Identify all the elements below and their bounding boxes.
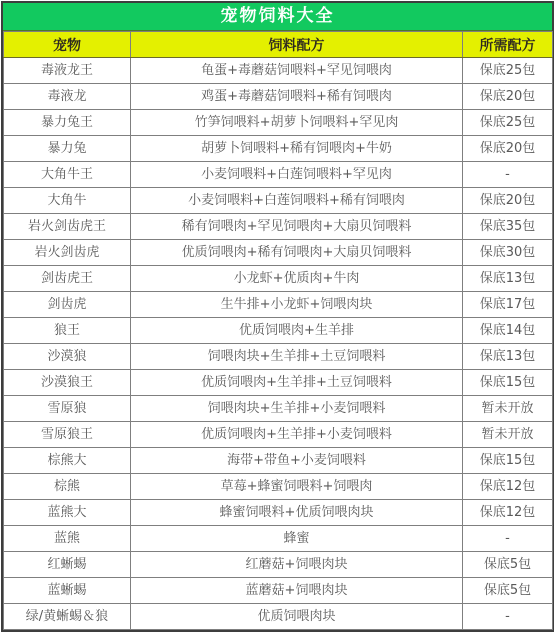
- recipe-cell: 胡萝卜饲喂料+稀有饲喂肉+牛奶: [131, 136, 463, 162]
- recipe-cell: 红蘑菇+饲喂肉块: [131, 552, 463, 578]
- table-row: 棕熊草莓+蜂蜜饲喂料+饲喂肉保底12包: [4, 474, 553, 500]
- pet-name-cell: 雪原狼王: [4, 422, 131, 448]
- pet-name-cell: 剑齿虎: [4, 292, 131, 318]
- required-cell: -: [463, 162, 553, 188]
- recipe-cell: 优质饲喂肉+稀有饲喂肉+大扇贝饲喂料: [131, 240, 463, 266]
- recipe-cell: 优质饲喂肉+生羊排+小麦饲喂料: [131, 422, 463, 448]
- pet-name-cell: 大角牛王: [4, 162, 131, 188]
- table-row: 红蜥蜴红蘑菇+饲喂肉块保底5包: [4, 552, 553, 578]
- table-row: 雪原狼王优质饲喂肉+生羊排+小麦饲喂料暂未开放: [4, 422, 553, 448]
- required-cell: 保底12包: [463, 500, 553, 526]
- table-title: 宠物饲料大全: [3, 3, 552, 31]
- recipe-cell: 龟蛋+毒蘑菇饲喂料+罕见饲喂肉: [131, 58, 463, 84]
- required-cell: 保底35包: [463, 214, 553, 240]
- recipe-cell: 生牛排+小龙虾+饲喂肉块: [131, 292, 463, 318]
- pet-name-cell: 蓝蜥蜴: [4, 578, 131, 604]
- recipe-cell: 小龙虾+优质肉+牛肉: [131, 266, 463, 292]
- pet-name-cell: 暴力兔: [4, 136, 131, 162]
- table-row: 剑齿虎生牛排+小龙虾+饲喂肉块保底17包: [4, 292, 553, 318]
- required-cell: 保底20包: [463, 84, 553, 110]
- required-cell: 保底15包: [463, 370, 553, 396]
- required-cell: 暂未开放: [463, 396, 553, 422]
- table-row: 狼王优质饲喂肉+生羊排保底14包: [4, 318, 553, 344]
- required-cell: 保底15包: [463, 448, 553, 474]
- recipe-cell: 蜂蜜饲喂料+优质饲喂肉块: [131, 500, 463, 526]
- header-row: 宠物 饲料配方 所需配方: [4, 32, 553, 58]
- table-row: 棕熊大海带+带鱼+小麦饲喂料保底15包: [4, 448, 553, 474]
- recipe-cell: 蓝蘑菇+饲喂肉块: [131, 578, 463, 604]
- table-row: 沙漠狼王优质饲喂肉+生羊排+土豆饲喂料保底15包: [4, 370, 553, 396]
- table-row: 毒液龙鸡蛋+毒蘑菇饲喂料+稀有饲喂肉保底20包: [4, 84, 553, 110]
- recipe-cell: 蜂蜜: [131, 526, 463, 552]
- recipe-cell: 草莓+蜂蜜饲喂料+饲喂肉: [131, 474, 463, 500]
- col-header-required: 所需配方: [463, 32, 553, 58]
- table-row: 暴力兔胡萝卜饲喂料+稀有饲喂肉+牛奶保底20包: [4, 136, 553, 162]
- table-row: 蓝熊大蜂蜜饲喂料+优质饲喂肉块保底12包: [4, 500, 553, 526]
- table-row: 绿/黄蜥蜴＆狼优质饲喂肉块-: [4, 604, 553, 630]
- recipe-cell: 优质饲喂肉块: [131, 604, 463, 630]
- feed-table: 宠物 饲料配方 所需配方 毒液龙王龟蛋+毒蘑菇饲喂料+罕见饲喂肉保底25包毒液龙…: [3, 31, 553, 630]
- recipe-cell: 稀有饲喂肉+罕见饲喂肉+大扇贝饲喂料: [131, 214, 463, 240]
- table-row: 剑齿虎王小龙虾+优质肉+牛肉保底13包: [4, 266, 553, 292]
- table-row: 大角牛王小麦饲喂料+白莲饲喂料+罕见肉-: [4, 162, 553, 188]
- pet-name-cell: 剑齿虎王: [4, 266, 131, 292]
- required-cell: 保底17包: [463, 292, 553, 318]
- required-cell: 保底5包: [463, 552, 553, 578]
- table-row: 蓝蜥蜴蓝蘑菇+饲喂肉块保底5包: [4, 578, 553, 604]
- required-cell: 保底20包: [463, 188, 553, 214]
- required-cell: 暂未开放: [463, 422, 553, 448]
- recipe-cell: 小麦饲喂料+白莲饲喂料+罕见肉: [131, 162, 463, 188]
- pet-name-cell: 沙漠狼王: [4, 370, 131, 396]
- pet-name-cell: 毒液龙: [4, 84, 131, 110]
- pet-name-cell: 蓝熊: [4, 526, 131, 552]
- table-row: 蓝熊蜂蜜-: [4, 526, 553, 552]
- pet-name-cell: 棕熊大: [4, 448, 131, 474]
- required-cell: 保底30包: [463, 240, 553, 266]
- recipe-cell: 海带+带鱼+小麦饲喂料: [131, 448, 463, 474]
- required-cell: 保底13包: [463, 266, 553, 292]
- table-body: 毒液龙王龟蛋+毒蘑菇饲喂料+罕见饲喂肉保底25包毒液龙鸡蛋+毒蘑菇饲喂料+稀有饲…: [4, 58, 553, 630]
- pet-name-cell: 蓝熊大: [4, 500, 131, 526]
- table-row: 暴力兔王竹笋饲喂料+胡萝卜饲喂料+罕见肉保底25包: [4, 110, 553, 136]
- recipe-cell: 优质饲喂肉+生羊排: [131, 318, 463, 344]
- required-cell: 保底25包: [463, 58, 553, 84]
- required-cell: 保底25包: [463, 110, 553, 136]
- pet-name-cell: 大角牛: [4, 188, 131, 214]
- required-cell: -: [463, 604, 553, 630]
- feed-table-card: 宠物饲料大全 宠物 饲料配方 所需配方 毒液龙王龟蛋+毒蘑菇饲喂料+罕见饲喂肉保…: [1, 1, 554, 632]
- pet-name-cell: 雪原狼: [4, 396, 131, 422]
- required-cell: -: [463, 526, 553, 552]
- recipe-cell: 鸡蛋+毒蘑菇饲喂料+稀有饲喂肉: [131, 84, 463, 110]
- required-cell: 保底12包: [463, 474, 553, 500]
- required-cell: 保底5包: [463, 578, 553, 604]
- pet-name-cell: 岩火剑齿虎王: [4, 214, 131, 240]
- col-header-recipe: 饲料配方: [131, 32, 463, 58]
- recipe-cell: 竹笋饲喂料+胡萝卜饲喂料+罕见肉: [131, 110, 463, 136]
- recipe-cell: 小麦饲喂料+白莲饲喂料+稀有饲喂肉: [131, 188, 463, 214]
- table-row: 岩火剑齿虎优质饲喂肉+稀有饲喂肉+大扇贝饲喂料保底30包: [4, 240, 553, 266]
- recipe-cell: 优质饲喂肉+生羊排+土豆饲喂料: [131, 370, 463, 396]
- required-cell: 保底20包: [463, 136, 553, 162]
- pet-name-cell: 暴力兔王: [4, 110, 131, 136]
- pet-name-cell: 棕熊: [4, 474, 131, 500]
- table-row: 大角牛小麦饲喂料+白莲饲喂料+稀有饲喂肉保底20包: [4, 188, 553, 214]
- pet-name-cell: 沙漠狼: [4, 344, 131, 370]
- pet-name-cell: 岩火剑齿虎: [4, 240, 131, 266]
- col-header-pet: 宠物: [4, 32, 131, 58]
- table-row: 雪原狼饲喂肉块+生羊排+小麦饲喂料暂未开放: [4, 396, 553, 422]
- required-cell: 保底14包: [463, 318, 553, 344]
- table-row: 岩火剑齿虎王稀有饲喂肉+罕见饲喂肉+大扇贝饲喂料保底35包: [4, 214, 553, 240]
- pet-name-cell: 狼王: [4, 318, 131, 344]
- recipe-cell: 饲喂肉块+生羊排+小麦饲喂料: [131, 396, 463, 422]
- recipe-cell: 饲喂肉块+生羊排+土豆饲喂料: [131, 344, 463, 370]
- pet-name-cell: 红蜥蜴: [4, 552, 131, 578]
- pet-name-cell: 绿/黄蜥蜴＆狼: [4, 604, 131, 630]
- table-row: 毒液龙王龟蛋+毒蘑菇饲喂料+罕见饲喂肉保底25包: [4, 58, 553, 84]
- pet-name-cell: 毒液龙王: [4, 58, 131, 84]
- required-cell: 保底13包: [463, 344, 553, 370]
- table-row: 沙漠狼饲喂肉块+生羊排+土豆饲喂料保底13包: [4, 344, 553, 370]
